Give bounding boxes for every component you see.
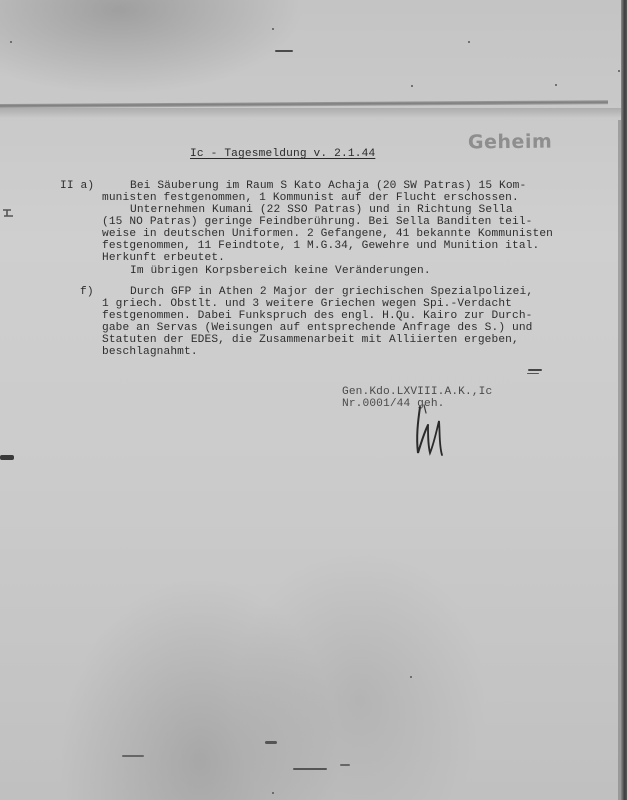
section-f-line: Statuten der EDES, die Zusammenarbeit mi… [102, 334, 519, 346]
section-a-line: Bei Säuberung im Raum S Kato Achaja (20 … [130, 180, 526, 192]
section-f-line: festgenommen. Dabei Funkspruch des engl.… [102, 310, 533, 322]
section-a-line: weise in deutschen Uniformen. 2 Gefangen… [102, 228, 553, 240]
section-f-marker: f) [80, 286, 94, 298]
ink-smudge [265, 741, 277, 744]
page-right-edge-shadow [618, 120, 621, 800]
dust-speck [272, 792, 274, 794]
ink-smudge [0, 455, 14, 460]
section-f-line: beschlagnahmt. [102, 346, 198, 358]
section-f-line: gabe an Servas (Weisungen auf entspreche… [102, 322, 533, 334]
ink-smudge [293, 768, 327, 770]
dust-speck [272, 28, 274, 30]
page-fold-line [0, 100, 608, 108]
page-fold-shadow [0, 108, 627, 118]
handwritten-signature-icon [412, 403, 448, 459]
classification-stamp: Geheim [468, 131, 552, 154]
dust-speck [10, 41, 12, 43]
dust-speck [410, 676, 412, 678]
ink-smudge [528, 369, 542, 371]
ink-smudge [527, 373, 539, 374]
dust-speck [468, 41, 470, 43]
section-a-line: (15 NO Patras) geringe Feindberührung. B… [102, 216, 533, 228]
ink-smudge [275, 50, 293, 52]
section-a-line: Unternehmen Kumani (22 SSO Patras) und i… [130, 204, 513, 216]
page-right-edge [621, 0, 627, 800]
ink-smudge [340, 764, 350, 766]
section-a-marker: II a) [60, 180, 94, 192]
ink-smudge [122, 755, 144, 757]
section-a-line: festgenommen, 11 Feindtote, 1 M.G.34, Ge… [102, 240, 539, 252]
scanned-document-page: Geheim Ic - Tagesmeldung v. 2.1.44 II a)… [0, 0, 627, 800]
dust-speck [618, 70, 620, 72]
dust-speck [411, 85, 413, 87]
section-a-line: munisten festgenommen, 1 Kommunist auf d… [102, 192, 519, 204]
margin-bracket-icon [2, 208, 14, 218]
section-a-line: Herkunft erbeutet. [102, 252, 225, 264]
dust-speck [555, 84, 557, 86]
section-f-line: Durch GFP in Athen 2 Major der griechisc… [130, 286, 533, 298]
document-title: Ic - Tagesmeldung v. 2.1.44 [190, 148, 375, 160]
section-f-line: 1 griech. Obstlt. und 3 weitere Griechen… [102, 298, 512, 310]
issuing-office: Gen.Kdo.LXVIII.A.K.,Ic [342, 386, 492, 398]
section-a-line: Im übrigen Korpsbereich keine Veränderun… [130, 265, 431, 277]
